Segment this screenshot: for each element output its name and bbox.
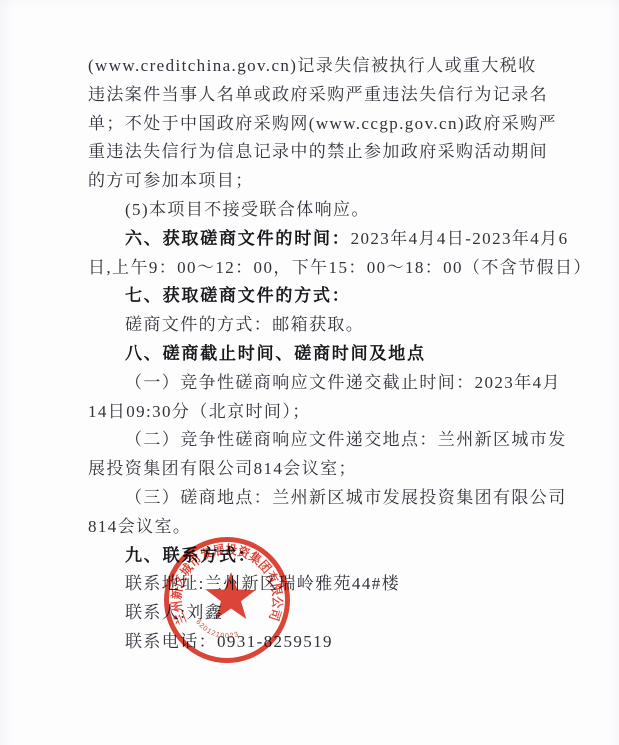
body-segment: （三）磋商地点：兰州新区城市发展投资集团有限公司 — [125, 488, 567, 507]
company-seal: 兰州新区城市发展投资集团有限公司 6201210023 — [147, 520, 307, 680]
seal-star-icon — [206, 572, 255, 619]
heading-segment: 八、磋商截止时间、磋商时间及地点 — [125, 344, 426, 363]
body-segment: 单；不处于中国政府采购网(www.ccgp.gov.cn)政府采购严 — [88, 114, 557, 133]
body-segment: 展投资集团有限公司814会议室； — [88, 459, 357, 478]
text-line: 展投资集团有限公司814会议室； — [88, 455, 558, 484]
text-line: 违法案件当事人名单或政府采购严重违法失信行为记录名 — [88, 81, 558, 110]
heading-segment: 六、获取磋商文件的时间： — [125, 229, 351, 248]
body-segment: 2023年4月4日-2023年4月6 — [351, 229, 569, 248]
text-line: 14日09:30分（北京时间）； — [88, 398, 558, 427]
body-segment: 日,上午9：00～12：00，下午15：00～18：00（不含节假日） — [88, 258, 592, 277]
text-line: 单；不处于中国政府采购网(www.ccgp.gov.cn)政府采购严 — [88, 110, 558, 139]
text-line: 日,上午9：00～12：00，下午15：00～18：00（不含节假日） — [88, 254, 558, 283]
body-segment: 磋商文件的方式：邮箱获取。 — [125, 315, 364, 334]
text-line: （一）竞争性磋商响应文件递交截止时间：2023年4月 — [88, 369, 558, 398]
text-line: 八、磋商截止时间、磋商时间及地点 — [88, 340, 558, 369]
text-line: 磋商文件的方式：邮箱获取。 — [88, 311, 558, 340]
text-line: 的方可参加本项目； — [88, 167, 558, 196]
body-segment: （二）竞争性磋商响应文件递交地点：兰州新区城市发 — [125, 430, 567, 449]
body-segment: 的方可参加本项目； — [88, 171, 254, 190]
text-line: （二）竞争性磋商响应文件递交地点：兰州新区城市发 — [88, 426, 558, 455]
text-line: 七、获取磋商文件的方式： — [88, 282, 558, 311]
body-segment: 违法案件当事人名单或政府采购严重违法失信行为记录名 — [88, 85, 548, 104]
body-segment: (www.creditchina.gov.cn)记录失信被执行人或重大税收 — [88, 56, 537, 75]
heading-segment: 七、获取磋商文件的方式： — [125, 286, 351, 305]
text-line: （三）磋商地点：兰州新区城市发展投资集团有限公司 — [88, 484, 558, 513]
body-segment: (5)本项目不接受联合体响应。 — [125, 200, 370, 219]
text-line: (www.creditchina.gov.cn)记录失信被执行人或重大税收 — [88, 52, 558, 81]
text-line: 重违法失信行为信息记录中的禁止参加政府采购活动期间 — [88, 138, 558, 167]
document-page: (www.creditchina.gov.cn)记录失信被执行人或重大税收违法案… — [0, 0, 619, 745]
text-line: 六、获取磋商文件的时间：2023年4月4日-2023年4月6 — [88, 225, 558, 254]
body-segment: 重违法失信行为信息记录中的禁止参加政府采购活动期间 — [88, 142, 548, 161]
body-segment: （一）竞争性磋商响应文件递交截止时间：2023年4月 — [125, 373, 561, 392]
body-segment: 14日09:30分（北京时间）； — [88, 402, 311, 421]
text-line: (5)本项目不接受联合体响应。 — [88, 196, 558, 225]
seal-code: 6201210023 — [194, 619, 240, 640]
